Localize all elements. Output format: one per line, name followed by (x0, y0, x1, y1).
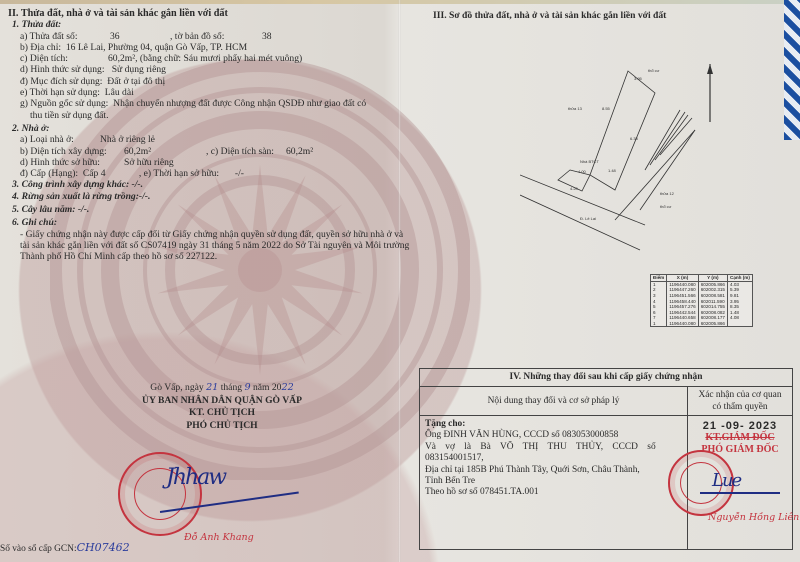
signer-position: PHÓ CHỦ TỊCH (112, 420, 332, 433)
coord-header-cell: Điểm (651, 275, 667, 282)
gcn-entry: Số vào sổ cấp GCN:CH07462 (0, 541, 130, 554)
address-row: b) Địa chỉ: 16 Lê Lai, Phường 04, quận G… (20, 42, 403, 53)
ownership-row: d) Hình thức sở hữu:Sở hữu riêng (20, 157, 403, 168)
coord-header-cell: Y (m) (698, 275, 727, 282)
confirm-signer-name: Nguyễn Hồng Liên (708, 512, 799, 523)
use-purpose-row: đ) Mục đích sử dụng: Đất ở tại đô thị (20, 76, 403, 87)
perennial: 5. Cây lâu năm: -/-. (12, 204, 403, 215)
north-arrow-icon (704, 64, 716, 124)
svg-text:thổ cư: thổ cư (660, 204, 672, 209)
coord-row: 11196440.080602005.866 (651, 321, 753, 327)
coord-header-cell: Cạnh (m) (728, 275, 753, 282)
section-iv-title: IV. Những thay đổi sau khi cấp giấy chứn… (420, 369, 792, 387)
house-type-row: a) Loại nhà ở:Nhà ở riêng lẻ (20, 134, 403, 145)
issue-date: Gò Vấp, ngày 21 tháng 9 năm 2022 (112, 382, 332, 395)
svg-text:thửa 12: thửa 12 (660, 191, 675, 196)
area-value: 60,2m², (bằng chữ: Sáu mươi phẩy hai mét… (108, 53, 302, 64)
svg-text:4.00: 4.00 (578, 169, 587, 174)
confirm-signature: Lue (712, 470, 740, 491)
section-ii-title: II. Thửa đất, nhà ở và tài sản khác gắn … (8, 8, 403, 19)
change-content: Tặng cho: Ông ĐINH VĂN HÙNG, CCCD số 083… (420, 416, 688, 550)
svg-text:thổ cư: thổ cư (648, 68, 660, 73)
build-area-row: b) Diện tích xây dựng:60,2m², c) Diện tí… (20, 146, 403, 157)
use-form-row: d) Hình thức sử dụng: Sử dụng riêng (20, 64, 403, 75)
svg-text:1.48: 1.48 (608, 168, 617, 173)
area-row: c) Diện tích:60,2m², (bằng chữ: Sáu mươi… (20, 53, 403, 64)
house-heading: 2. Nhà ở: (12, 123, 403, 134)
origin-row: g) Nguồn gốc sử dụng: Nhận chuyển nhượng… (20, 98, 403, 109)
forest: 4. Rừng sản xuất là rừng trồng:-/-. (12, 191, 403, 202)
issuer-signature: Jhhaw (166, 465, 225, 490)
origin-row-cont: thu tiền sử dụng đất. (30, 110, 403, 121)
other-works: 3. Công trình xây dựng khác: -/-. (12, 179, 403, 190)
svg-text:3.95: 3.95 (634, 76, 643, 81)
svg-text:Đ. Lê Lai: Đ. Lê Lai (580, 216, 596, 221)
address-value: 16 Lê Lai, Phường 04, quận Gò Vấp, TP. H… (66, 42, 247, 53)
issuer-name: Đỗ Anh Khang (184, 532, 254, 543)
content-column-header: Nội dung thay đổi và cơ sở pháp lý (420, 387, 688, 415)
coordinate-table: ĐiểmX (m)Y (m)Cạnh (m) 11196440.08060200… (650, 274, 753, 327)
certificate-page: II. Thửa đất, nhà ở và tài sản khác gắn … (0, 0, 800, 562)
land-heading: 1. Thửa đất: (12, 19, 403, 30)
svg-text:Nhà BTCT: Nhà BTCT (580, 159, 599, 164)
svg-text:6.33: 6.33 (630, 136, 639, 141)
confirm-date: 21 -09- 2023 (688, 420, 792, 432)
use-term-row: e) Thời hạn sử dụng: Lâu dài (20, 87, 403, 98)
notes-heading: 6. Ghi chú: (12, 217, 403, 228)
map-sheet-no: 38 (262, 31, 272, 42)
notes-text: - Giấy chứng nhận này được cấp đổi từ Gi… (20, 229, 410, 263)
changes-header: Nội dung thay đổi và cơ sở pháp lý Xác n… (420, 387, 792, 416)
grade-row: đ) Cấp (Hạng): Cấp 4, e) Thời hạn sở hữu… (20, 168, 403, 179)
section-ii: II. Thửa đất, nhà ở và tài sản khác gắn … (8, 8, 403, 263)
confirm-signature-stroke (700, 492, 780, 494)
on-behalf: KT. CHỦ TỊCH (112, 407, 332, 420)
svg-text:8.55: 8.55 (602, 106, 611, 111)
parcel-map: 3.95 8.55 6.33 4.00 4.20 1.48 Nhà BTCT Đ… (520, 60, 780, 270)
svg-text:thửa 13: thửa 13 (568, 106, 583, 111)
parcel-row: a) Thửa đất số:36, tờ bản đồ số:38 (20, 31, 403, 42)
parcel-no: 36 (110, 31, 170, 42)
background-cloth (784, 0, 800, 140)
section-iii-title: III. Sơ đồ thửa đất, nhà ở và tài sản kh… (433, 10, 666, 21)
confirm-column-header: Xác nhận của cơ quan có thẩm quyền (688, 387, 792, 415)
issuer-signature-block: Gò Vấp, ngày 21 tháng 9 năm 2022 ỦY BAN … (112, 382, 332, 432)
coord-header-cell: X (m) (667, 275, 698, 282)
svg-text:4.20: 4.20 (570, 186, 579, 191)
confirm-title-struck: KT.GIÁM ĐỐC (688, 432, 792, 444)
gcn-number: CH07462 (77, 541, 130, 554)
issuing-authority: ỦY BAN NHÂN DÂN QUẬN GÒ VẤP (112, 395, 332, 408)
